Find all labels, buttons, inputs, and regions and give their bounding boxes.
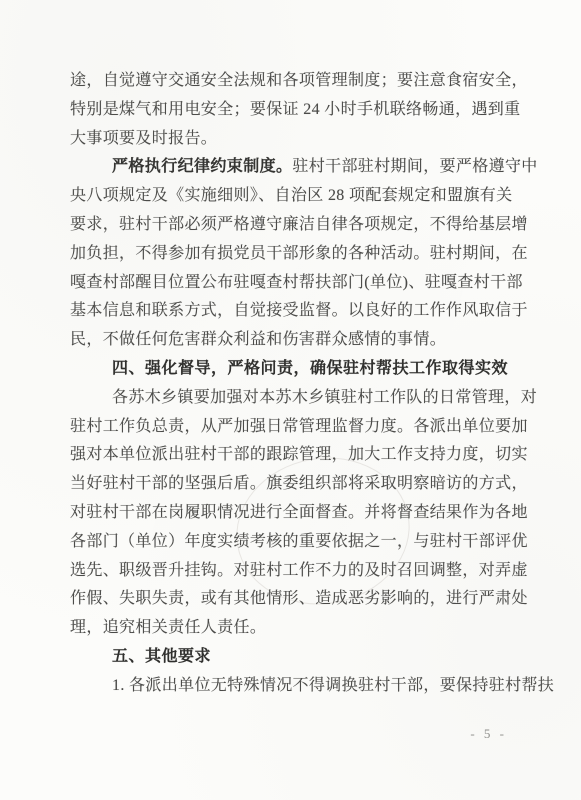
text-line: 特别是煤气和用电安全；要保证 24 小时手机联络畅通，遇到重 bbox=[70, 96, 548, 125]
text-line: 选先、职级晋升挂钩。对驻村工作不力的及时召回调整，对弄虚 bbox=[70, 557, 548, 586]
text-line: 央八项规定及《实施细则》、自治区 28 项配套规定和盟旗有关 bbox=[70, 182, 548, 211]
text-line: 基本信息和联系方式，自觉接受监督。以良好的工作作风取信于 bbox=[70, 297, 548, 326]
section-heading-five: 五、其他要求 bbox=[70, 643, 548, 672]
text-line: 各部门（单位）年度实绩考核的重要依据之一，与驻村干部评优 bbox=[70, 528, 548, 557]
text-line: 作假、失职失责，或有其他情形、造成恶劣影响的，进行严肃处 bbox=[70, 585, 548, 614]
text-line: 驻村工作负总责，从严加强日常管理监督力度。各派出单位要加 bbox=[70, 413, 548, 442]
text-line: 嘎查村部醒目位置公布驻嘎查村帮扶部门(单位)、驻嘎查村干部 bbox=[70, 269, 548, 298]
text-segment: 驻村干部驻村期间，要严格遵守中 bbox=[292, 158, 537, 175]
text-line: 当好驻村干部的坚强后盾。旗委组织部将采取明察暗访的方式， bbox=[70, 470, 548, 499]
document-body: 途，自觉遵守交通安全法规和各项管理制度；要注意食宿安全， 特别是煤气和用电安全；… bbox=[70, 67, 548, 701]
section-heading-four: 四、强化督导，严格问责，确保驻村帮扶工作取得实效 bbox=[70, 355, 548, 384]
text-line: 各苏木乡镇要加强对本苏木乡镇驻村工作队的日常管理，对 bbox=[70, 384, 548, 413]
text-line: 加负担，不得参加有损党员干部形象的各种活动。驻村期间，在 bbox=[70, 240, 548, 269]
document-page: 途，自觉遵守交通安全法规和各项管理制度；要注意食宿安全， 特别是煤气和用电安全；… bbox=[0, 0, 581, 800]
text-line: 理，追究相关责任人责任。 bbox=[70, 614, 548, 643]
text-line: 对驻村干部在岗履职情况进行全面督查。并将督查结果作为各地 bbox=[70, 499, 548, 528]
text-line: 严格执行纪律约束制度。驻村干部驻村期间，要严格遵守中 bbox=[70, 153, 548, 182]
text-line: 民，不做任何危害群众利益和伤害群众感情的事情。 bbox=[70, 326, 548, 355]
page-number: - 5 - bbox=[470, 726, 507, 742]
text-line: 途，自觉遵守交通安全法规和各项管理制度；要注意食宿安全， bbox=[70, 67, 548, 96]
text-line: 大事项要及时报告。 bbox=[70, 125, 548, 154]
text-line: 强对本单位派出驻村干部的跟踪管理，加大工作支持力度，切实 bbox=[70, 441, 548, 470]
bold-lead-text: 严格执行纪律约束制度。 bbox=[112, 158, 292, 175]
text-line: 1. 各派出单位无特殊情况不得调换驻村干部，要保持驻村帮扶 bbox=[70, 672, 548, 701]
text-line: 要求，驻村干部必须严格遵守廉洁自律各项规定，不得给基层增 bbox=[70, 211, 548, 240]
